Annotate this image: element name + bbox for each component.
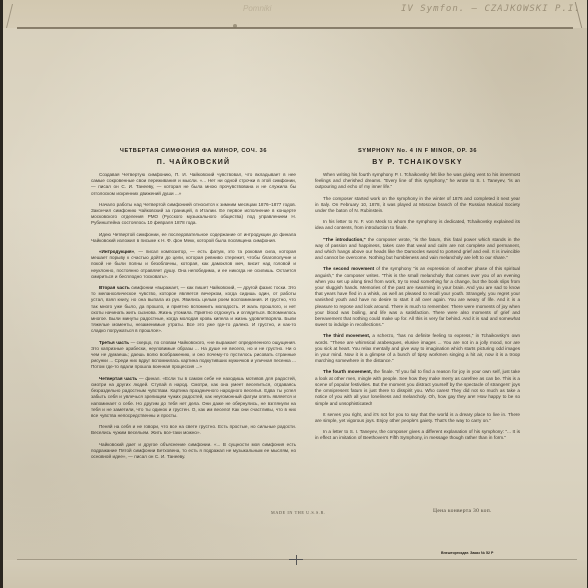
- english-column: SYMPHONY No. 4 IN F MINOR, OP. 36 BY P. …: [315, 148, 520, 447]
- english-paragraph: The composer started work on the symphon…: [315, 196, 520, 215]
- made-in-label: MADE IN THE U.S.S.R.: [271, 510, 326, 515]
- printer-imprint: Внешторгиздат. Заказ № 52 Р: [441, 551, 493, 555]
- russian-paragraph: «Интродукция», — писал композитор, — ест…: [91, 249, 296, 280]
- russian-column: ЧЕТВЕРТАЯ СИМФОНИЯ ФА МИНОР, СОЧ. 36 П. …: [91, 148, 296, 465]
- russian-paragraph: Идею Четвертой симфонии, ее последовател…: [91, 232, 296, 244]
- russian-title: ЧЕТВЕРТАЯ СИМФОНИЯ ФА МИНОР, СОЧ. 36: [91, 148, 296, 154]
- russian-author: П. ЧАЙКОВСКИЙ: [91, 159, 296, 166]
- english-paragraph: It serves you right, and it's not for yo…: [315, 412, 520, 424]
- faint-handwriting: Pomniki: [243, 4, 271, 13]
- russian-notes: Создавая Четвертую симфонию, П. И. Чайко…: [91, 172, 296, 460]
- russian-paragraph: Четвертая часть — финал. «Если ты в само…: [91, 376, 296, 419]
- album-back-cover: Pomniki IV Symfon. — CZAJKOWSKI P.I. ЧЕТ…: [3, 0, 587, 588]
- english-notes: When writing his fourth symphony P. I. T…: [315, 172, 520, 442]
- top-fold-line: [17, 27, 573, 29]
- russian-paragraph: Пеняй на себя и не говори, что все на св…: [91, 424, 296, 436]
- english-paragraph: In his letter to N. F. von Meck to whom …: [315, 219, 520, 231]
- russian-paragraph: Третья часть — скерцо, по словам Чайковс…: [91, 340, 296, 371]
- english-paragraph: In a letter to S. I. Taneyev, the compos…: [315, 429, 520, 441]
- english-paragraph: The second movement of the symphony "is …: [315, 266, 520, 328]
- russian-paragraph: Создавая Четвертую симфонию, П. И. Чайко…: [91, 172, 296, 197]
- russian-paragraph: Начало работы над Четвертой симфонией от…: [91, 202, 296, 227]
- price-label: Цена конверта 30 коп.: [433, 508, 492, 514]
- registration-mark-icon: [289, 555, 303, 565]
- english-author: BY P. TCHAIKOVSKY: [315, 159, 520, 166]
- russian-paragraph: Вторая часть симфонии «выражает, — как п…: [91, 285, 296, 335]
- english-paragraph: When writing his fourth symphony P. I. T…: [315, 172, 520, 191]
- ink-dot: [233, 24, 237, 28]
- english-paragraph: The third movement, a scherzo, "has no d…: [315, 333, 520, 364]
- english-title: SYMPHONY No. 4 IN F MINOR, OP. 36: [315, 148, 520, 154]
- english-paragraph: The fourth movement, the finale. "If you…: [315, 369, 520, 406]
- russian-paragraph: Чайковский дает и другое объяснение симф…: [91, 442, 296, 461]
- english-paragraph: "The introduction," the composer wrote, …: [315, 237, 520, 262]
- pencil-handwriting: IV Symfon. — CZAJKOWSKI P.I.: [401, 4, 581, 14]
